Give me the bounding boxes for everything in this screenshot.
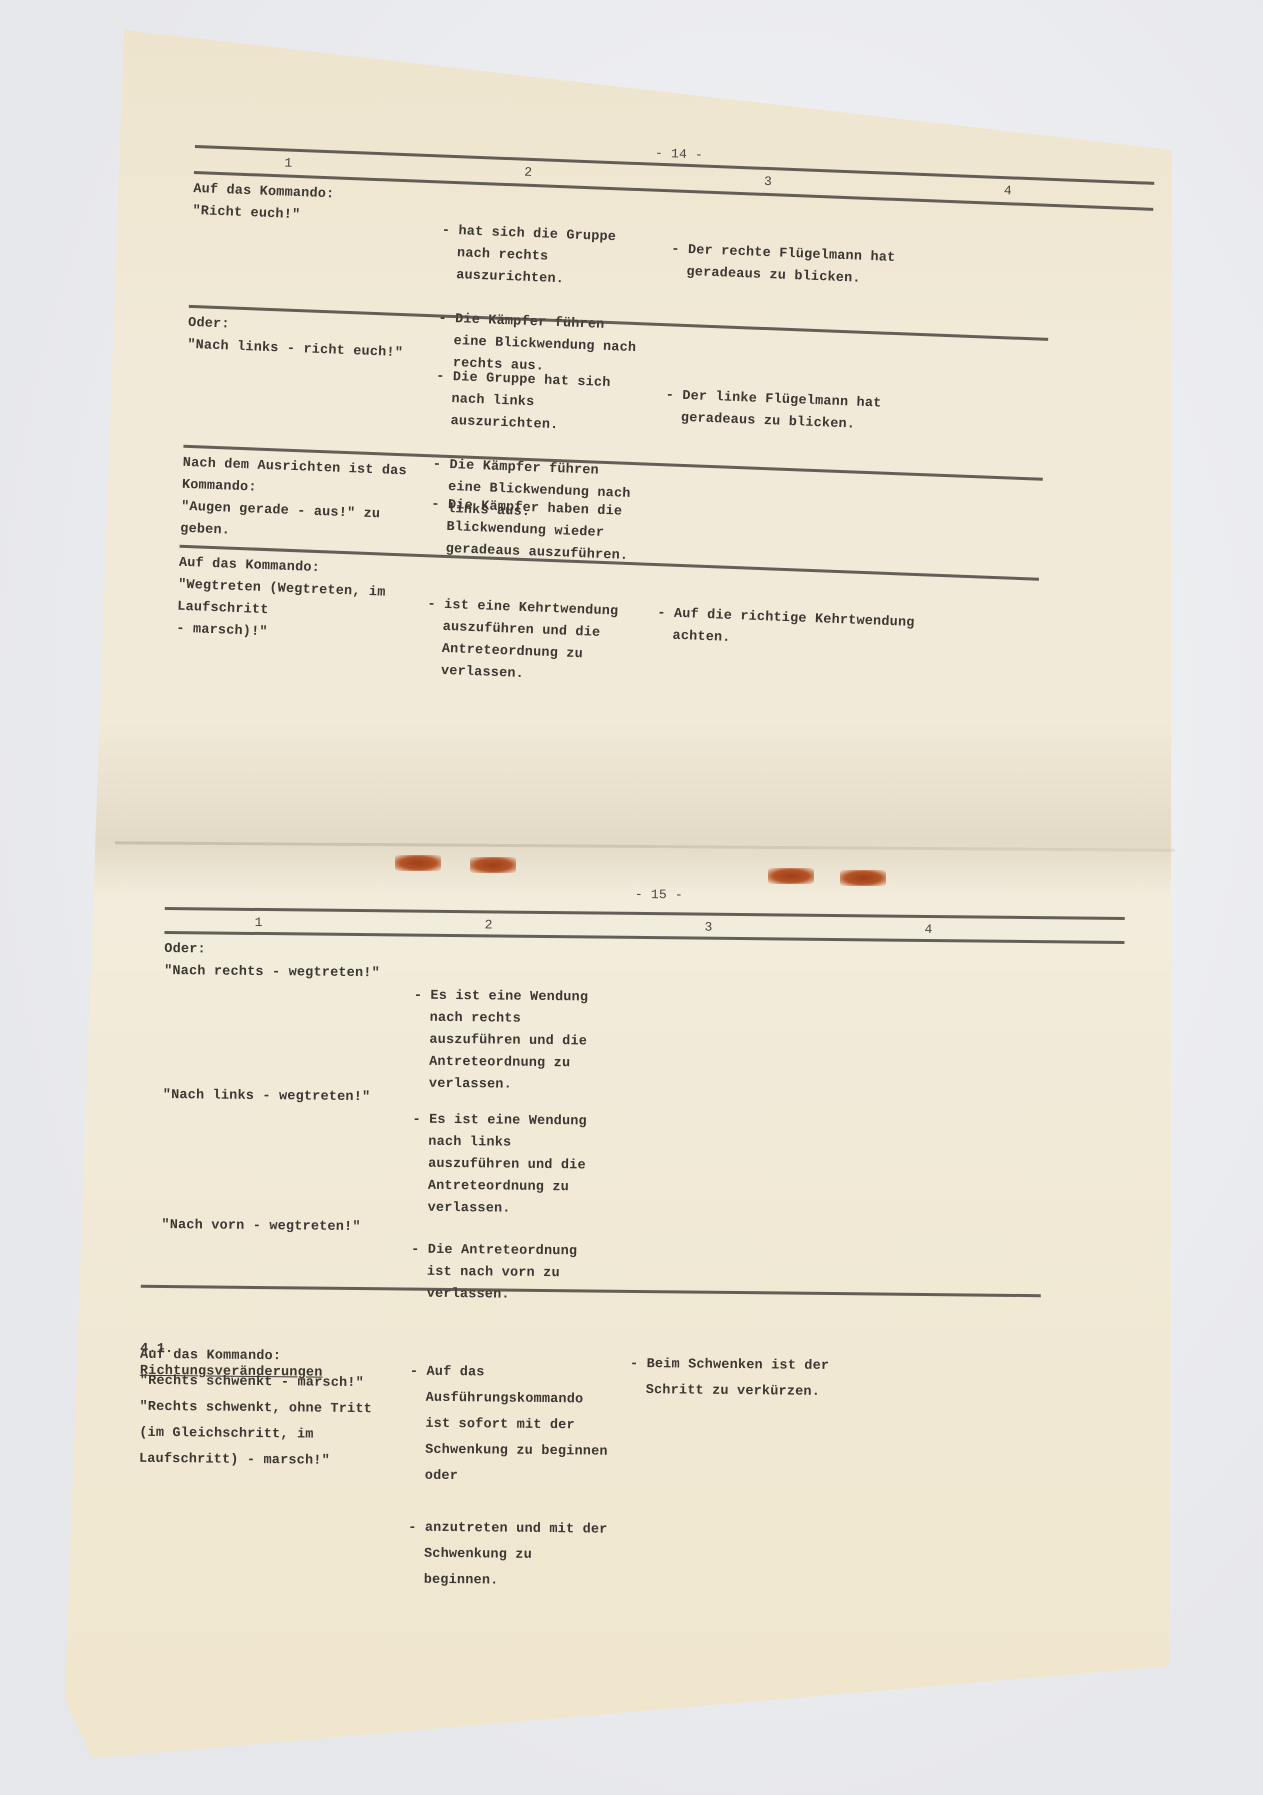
column-header-1: 1 xyxy=(284,152,293,174)
note-cell: - Der linke Flügelmann hat geradeaus zu … xyxy=(664,363,927,461)
column-header-3: 3 xyxy=(764,171,773,193)
execution-item: - hat sich die Gruppe nach rechts auszur… xyxy=(440,221,642,295)
execution-cell: - Auf das Ausführungskommando ist sofort… xyxy=(407,1334,610,1622)
note-item: - Der linke Flügelmann hat geradeaus zu … xyxy=(664,385,925,439)
execution-item: - Es ist eine Wendung nach links auszufü… xyxy=(412,1110,593,1222)
execution-cell: - Die Kämpfer haben die Blickwendung wie… xyxy=(428,472,632,590)
note-item: - Beim Schwenken ist der Schritt zu verk… xyxy=(630,1352,851,1406)
command-cell: Auf das Kommando: "Wegtreten (Wegtreten,… xyxy=(176,553,409,650)
command-cell: Oder: "Nach rechts - wegtreten!" xyxy=(164,939,394,985)
execution-cell: - Die Antreteordnung ist nach vorn zu ve… xyxy=(410,1218,591,1330)
command-cell: "Nach vorn - wegtreten!" xyxy=(161,1215,391,1239)
note-item: - Auf die richtige Kehrtwendung achten. xyxy=(656,603,917,657)
staple-mark xyxy=(768,868,814,884)
note-cell: - Der rechte Flügelmann hat geradeaus zu… xyxy=(669,217,932,315)
command-cell: Auf das Kommando: "Rechts schwenkt - mar… xyxy=(139,1343,390,1476)
command-cell: "Nach links - wegtreten!" xyxy=(163,1085,393,1109)
column-header-2: 2 xyxy=(484,914,492,936)
note-cell: - Auf die richtige Kehrtwendung achten. xyxy=(655,581,918,679)
execution-item: - anzutreten und mit der Schwenkung zu b… xyxy=(408,1516,609,1596)
execution-item: - Die Antreteordnung ist nach vorn zu ve… xyxy=(411,1240,592,1308)
page-number: - 15 - xyxy=(635,884,683,907)
column-header-1: 1 xyxy=(254,912,262,934)
staple-mark xyxy=(395,855,441,871)
command-cell: Oder: "Nach links - richt euch!" xyxy=(187,313,419,366)
staple-mark xyxy=(840,870,886,886)
column-header-4: 4 xyxy=(924,919,932,941)
note-cell: - Beim Schwenken ist der Schritt zu verk… xyxy=(629,1326,850,1432)
execution-item: - Auf das Ausführungskommando ist sofort… xyxy=(409,1360,610,1492)
command-cell: Auf das Kommando: "Richt euch!" xyxy=(192,179,424,232)
execution-item: - Es ist eine Wendung nach rechts auszuf… xyxy=(413,986,594,1098)
column-header-2: 2 xyxy=(524,162,533,184)
execution-item: - Die Gruppe hat sich nach links auszuri… xyxy=(434,366,636,440)
command-cell: Nach dem Ausrichten ist das Kommando: "A… xyxy=(180,453,413,550)
staple-mark xyxy=(470,857,516,873)
note-item: - Der rechte Flügelmann hat geradeaus zu… xyxy=(670,239,931,293)
column-header-3: 3 xyxy=(704,917,712,939)
execution-cell: - ist eine Kehrtwendung auszuführen und … xyxy=(424,572,629,712)
column-header-4: 4 xyxy=(1003,180,1012,202)
execution-item: - ist eine Kehrtwendung auszuführen und … xyxy=(425,594,628,690)
